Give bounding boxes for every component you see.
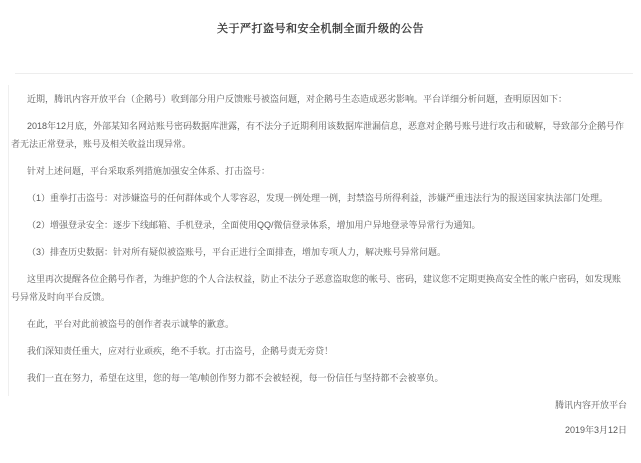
announcement-body: 近期，腾讯内容开放平台（企鹅号）收到部分用户反馈账号被盗问题，对企鹅号生态造成恶… [11,81,627,439]
paragraph-apology: 在此，平台对此前被盗号的创作者表示诚挚的歉意。 [11,315,627,333]
paragraph-intro: 近期，腾讯内容开放平台（企鹅号）收到部分用户反馈账号被盗问题，对企鹅号生态造成恶… [11,90,627,108]
measure-item-3: （3）排查历史数据：针对所有疑似被盗账号，平台正进行全面排查，增加专项人力，解决… [11,243,627,261]
title-divider [15,73,633,74]
content-left-border [8,85,9,396]
measure-item-1: （1）重拳打击盗号：对涉嫌盗号的任何群体或个人零容忍，发现一例处理一例，封禁盗号… [11,189,627,207]
paragraph-measures-lead: 针对上述问题，平台采取系列措施加强安全体系、打击盗号： [11,162,627,180]
announcement-page: 关于严打盗号和安全机制全面升级的公告 近期，腾讯内容开放平台（企鹅号）收到部分用… [0,0,641,463]
paragraph-commitment: 我们深知责任重大，应对行业顽疾，绝不手软。打击盗号，企鹅号责无旁贷！ [11,342,627,360]
measure-item-2: （2）增强登录安全：逐步下线邮箱、手机登录，全面使用QQ/微信登录体系，增加用户… [11,216,627,234]
signature: 腾讯内容开放平台 [11,396,627,414]
paragraph-closing: 我们一直在努力，希望在这里，您的每一笔/帧创作努力都不会被轻视，每一份信任与坚持… [11,369,627,387]
announcement-title: 关于严打盗号和安全机制全面升级的公告 [0,0,641,36]
date: 2019年3月12日 [11,421,627,439]
paragraph-reminder: 这里再次提醒各位企鹅号作者，为维护您的个人合法权益，防止不法分子恶意盗取您的帐号… [11,270,627,306]
paragraph-cause: 2018年12月底，外部某知名网站账号密码数据库泄露，有不法分子近期利用该数据库… [11,117,627,153]
